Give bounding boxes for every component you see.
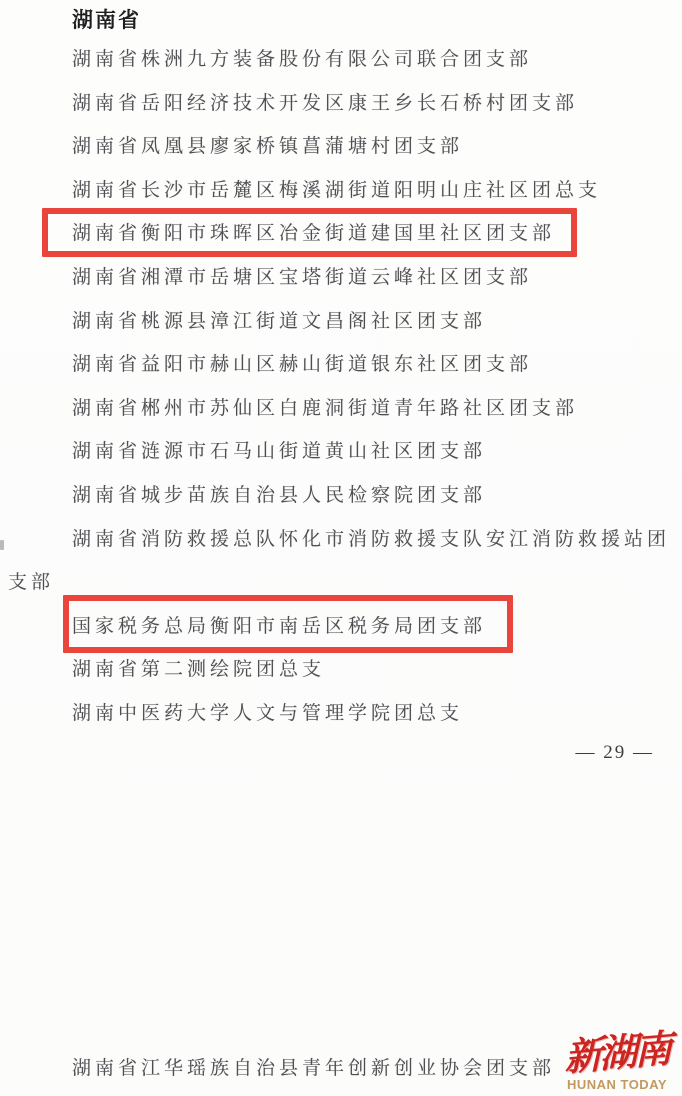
list-item: 湖南省凤凰县廖家桥镇菖蒲塘村团支部 [8, 125, 682, 169]
entry-text: 湖南省城步苗族自治县人民检察院团支部 [72, 485, 486, 506]
entry-text: 湖南省岳阳经济技术开发区康王乡长石桥村团支部 [72, 93, 578, 114]
entry-text: 湖南省长沙市岳麓区梅溪湖街道阳明山庄社区团总支 [72, 180, 601, 201]
list-item: 湖南省桃源县漳江街道文昌阁社区团支部 [8, 300, 682, 344]
page-footer: 湖南省江华瑶族自治县青年创新创业协会团支部 新湖南 HUNAN TODAY [8, 996, 682, 1096]
list-item: 湖南省涟源市石马山街道黄山社区团支部 [8, 430, 682, 474]
entry-text: 湖南省桃源县漳江街道文昌阁社区团支部 [72, 311, 486, 332]
entry-text: 国家税务总局衡阳市南岳区税务局团支部 [72, 616, 486, 637]
document-content: 湖南省 湖南省株洲九方装备股份有限公司联合团支部 湖南省岳阳经济技术开发区康王乡… [0, 0, 682, 764]
entry-list: 湖南省株洲九方装备股份有限公司联合团支部 湖南省岳阳经济技术开发区康王乡长石桥村… [8, 38, 682, 736]
list-item: 湖南省长沙市岳麓区梅溪湖街道阳明山庄社区团总支 [8, 169, 682, 213]
entry-text: 湖南省湘潭市岳塘区宝塔街道云峰社区团支部 [72, 267, 532, 288]
entry-text: 湖南省涟源市石马山街道黄山社区团支部 [72, 441, 486, 462]
list-item: 湖南省消防救援总队怀化市消防救援支队安江消防救援站团支部 [8, 518, 682, 605]
list-item: 湖南省郴州市苏仙区白鹿洞街道青年路社区团支部 [8, 387, 682, 431]
hunan-today-logo: 新湖南 HUNAN TODAY [554, 1034, 680, 1092]
section-header: 湖南省 [8, 0, 682, 38]
list-item: 湖南省益阳市赫山区赫山街道银东社区团支部 [8, 343, 682, 387]
page-number: — 29 — [8, 742, 682, 764]
list-item: 湖南省株洲九方装备股份有限公司联合团支部 [8, 38, 682, 82]
list-item: 湖南省衡阳市珠晖区冶金街道建国里社区团支部 [8, 212, 682, 256]
entry-text: 湖南省益阳市赫山区赫山街道银东社区团支部 [72, 354, 532, 375]
entry-text: 湖南省株洲九方装备股份有限公司联合团支部 [72, 49, 532, 70]
entry-text: 湖南省消防救援总队怀化市消防救援支队安江消防救援站团支部 [8, 529, 670, 594]
list-item: 湖南省岳阳经济技术开发区康王乡长石桥村团支部 [8, 82, 682, 126]
list-item: 湖南省第二测绘院团总支 [8, 648, 682, 692]
entry-text: 湖南省第二测绘院团总支 [72, 659, 325, 680]
document-page: 湖南省 湖南省株洲九方装备股份有限公司联合团支部 湖南省岳阳经济技术开发区康王乡… [0, 0, 682, 1096]
list-item: 国家税务总局衡阳市南岳区税务局团支部 [8, 605, 682, 649]
entry-text: 湖南中医药大学人文与管理学院团总支 [72, 703, 463, 724]
entry-text: 湖南省郴州市苏仙区白鹿洞街道青年路社区团支部 [72, 398, 578, 419]
list-item: 湖南省城步苗族自治县人民检察院团支部 [8, 474, 682, 518]
entry-text: 湖南省凤凰县廖家桥镇菖蒲塘村团支部 [72, 136, 463, 157]
list-item: 湖南中医药大学人文与管理学院团总支 [8, 692, 682, 736]
logo-chinese-wordmark: 新湖南 [554, 1029, 680, 1082]
scan-artifact [0, 540, 4, 550]
entry-text: 湖南省衡阳市珠晖区冶金街道建国里社区团支部 [72, 223, 555, 244]
footer-entry-text: 湖南省江华瑶族自治县青年创新创业协会团支部 [72, 1053, 555, 1080]
list-item: 湖南省湘潭市岳塘区宝塔街道云峰社区团支部 [8, 256, 682, 300]
